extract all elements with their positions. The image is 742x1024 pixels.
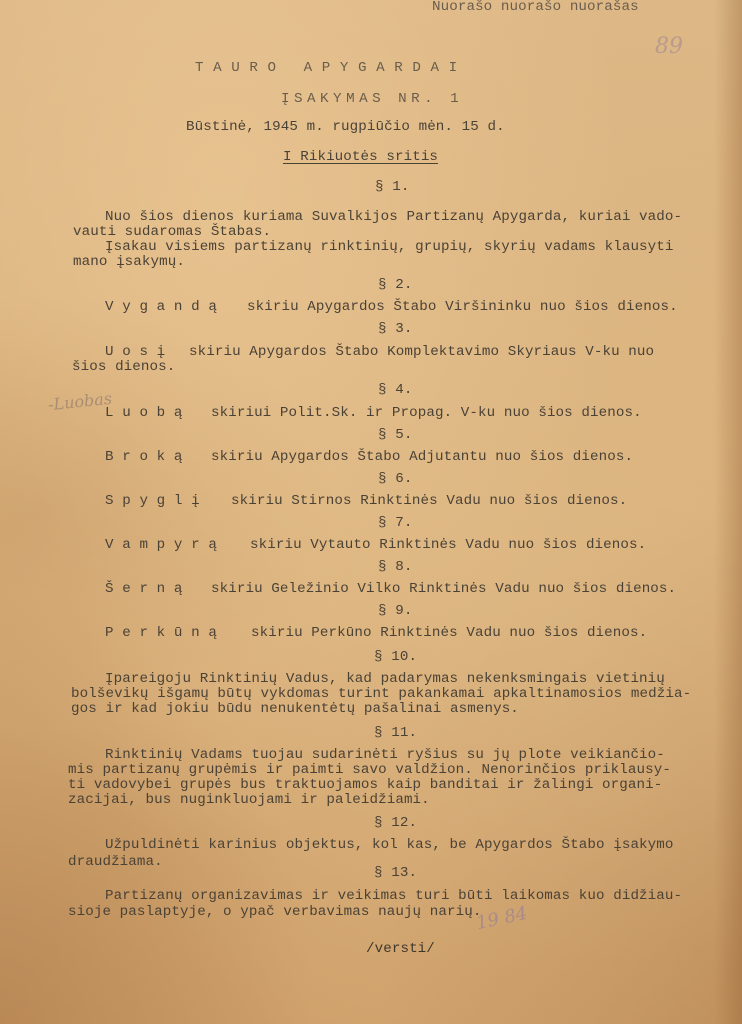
place-date: Būstinė, 1945 m. rugpiūčio mėn. 15 d. — [186, 120, 505, 134]
paragraph-line: mano įsakymų. — [73, 255, 185, 269]
paragraph-line: Įsakau visiems partizanų rinktinių, grup… — [105, 240, 674, 254]
handwritten-page-number: 89 — [655, 34, 683, 59]
paragraph-line: vauti sudaromas Štabas. — [73, 225, 271, 239]
paragraph-line: skiriu Apygardos Štabo Komplektavimo Sky… — [189, 345, 654, 359]
paragraph-line: Rinktinių Vadams tuojau sudarinėti ryšiu… — [105, 748, 665, 762]
appointee-name: V a m p y r ą — [105, 538, 217, 552]
appointee-name: V y g a n d ą — [105, 300, 217, 314]
page-edge-shadow — [714, 0, 742, 1024]
document-page: Nuorašo nuorašo nuorašas 89 TAURO APYGAR… — [0, 0, 742, 1024]
paragraph-line: Užpuldinėti karinius objektus, kol kas, … — [105, 838, 674, 852]
paragraph-line: bolševikų išgamų būtų vykdomas turint pa… — [71, 687, 691, 701]
appointee-name: B r o k ą — [105, 450, 183, 464]
paragraph-line: zacijai, bus nuginkluojami ir paleidžiam… — [68, 793, 430, 807]
paragraph-number: § 1. — [375, 180, 409, 194]
appointee-name: Š e r n ą — [105, 582, 183, 596]
appointee-name: U o s į — [105, 345, 165, 359]
paragraph-number: § 5. — [378, 428, 412, 442]
paragraph-number: § 10. — [374, 650, 417, 664]
paragraph-line: skiriu Apygardos Štabo Adjutantu nuo šio… — [211, 450, 633, 464]
document-title: TAURO APYGARDAI — [195, 61, 467, 75]
paragraph-number: § 13. — [374, 866, 417, 880]
paragraph-number: § 8. — [378, 560, 412, 574]
handwritten-stamp-note: 19 84 — [474, 903, 529, 934]
paragraph-line: Partizanų organizavimas ir veikimas turi… — [105, 889, 682, 903]
footer-turn-over: /versti/ — [366, 942, 435, 956]
appointee-name: P e r k ū n ą — [105, 626, 217, 640]
paragraph-number: § 11. — [374, 726, 417, 740]
paragraph-number: § 9. — [378, 604, 412, 618]
paragraph-number: § 12. — [374, 816, 417, 830]
handwritten-margin-note: -Luobas — [47, 389, 113, 415]
appointee-name: S p y g l į — [105, 494, 200, 508]
paragraph-line: skiriui Polit.Sk. ir Propag. V-ku nuo ši… — [211, 406, 642, 420]
paragraph-line: gos ir kad jokiu būdu nenukentėtų pašali… — [71, 702, 519, 716]
copy-note: Nuorašo nuorašo nuorašas — [432, 0, 639, 14]
paragraph-number: § 6. — [378, 472, 412, 486]
paragraph-line: skiriu Stirnos Rinktinės Vadu nuo šios d… — [231, 494, 627, 508]
paragraph-line: Nuo šios dienos kuriama Suvalkijos Parti… — [105, 210, 682, 224]
paragraph-number: § 4. — [378, 383, 412, 397]
paragraph-line: Įpareigoju Rinktinių Vadus, kad padaryma… — [105, 672, 665, 686]
paragraph-line: šios dienos. — [72, 360, 175, 374]
document-subtitle: ĮSAKYMAS NR. 1 — [281, 92, 463, 106]
paragraph-line: skiriu Apygardos Štabo Viršininku nuo ši… — [247, 300, 678, 314]
paragraph-number: § 7. — [378, 516, 412, 530]
paragraph-number: § 3. — [378, 322, 412, 336]
section-heading: I Rikiuotės sritis — [283, 150, 438, 164]
paragraph-line: skiriu Perkūno Rinktinės Vadu nuo šios d… — [251, 626, 647, 640]
paragraph-line: skiriu Vytauto Rinktinės Vadu nuo šios d… — [250, 538, 646, 552]
paragraph-line: skiriu Geležinio Vilko Rinktinės Vadu nu… — [211, 582, 676, 596]
appointee-name: L u o b ą — [105, 406, 183, 420]
paragraph-number: § 2. — [378, 278, 412, 292]
paragraph-line: mis partizanų grupėmis ir paimti savo va… — [68, 763, 671, 777]
paragraph-line: ti vadovybei grupės bus traktuojamos kai… — [68, 778, 662, 792]
paragraph-line: sioje paslaptyje, o ypač verbavimas nauj… — [68, 905, 481, 919]
paragraph-line: draudžiama. — [68, 855, 163, 869]
